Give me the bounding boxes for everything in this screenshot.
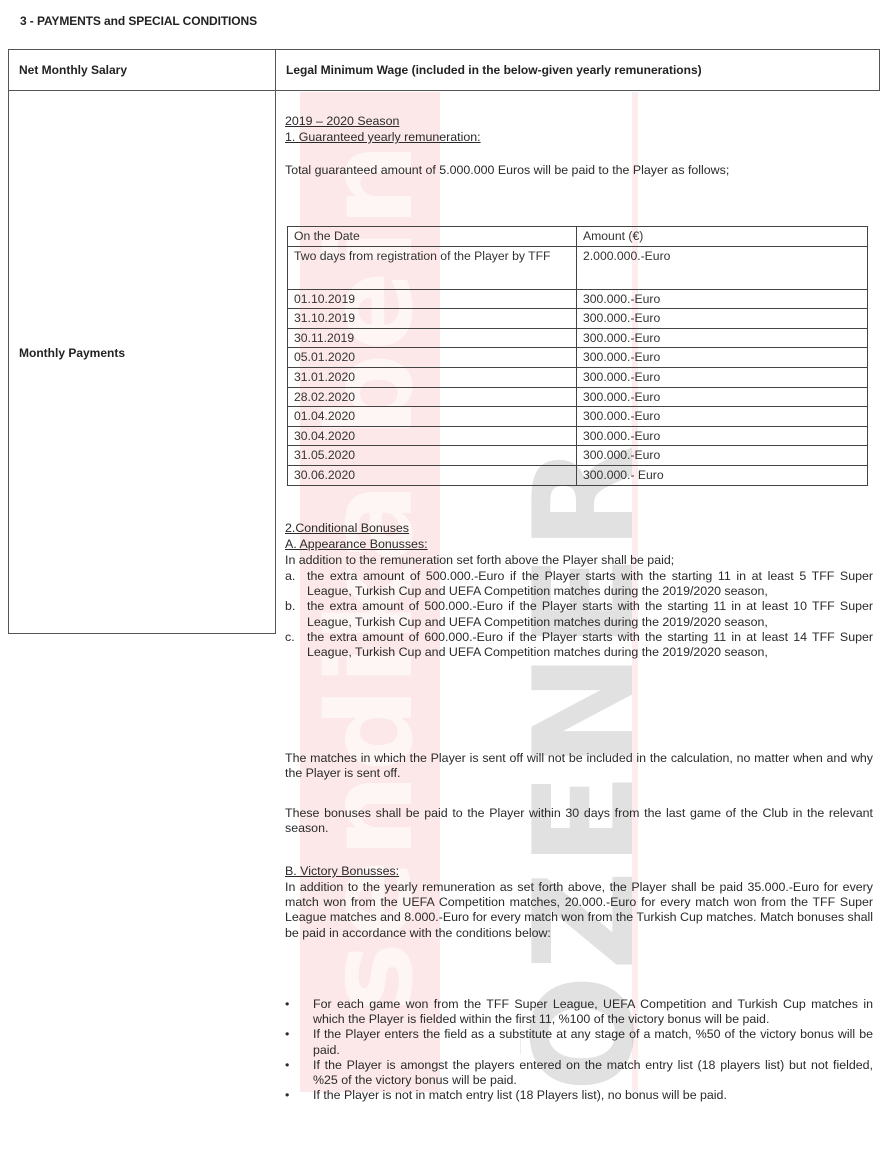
payment-row: 28.02.2020300.000.-Euro xyxy=(288,387,868,407)
header-date: On the Date xyxy=(288,227,577,247)
bullet-icon: • xyxy=(285,997,289,1012)
victory-bonus-bullet: •If the Player enters the field as a sub… xyxy=(285,1027,873,1057)
header-amount: Amount (€) xyxy=(577,227,868,247)
victory-bonus-bullet: •For each game won from the TFF Super Le… xyxy=(285,997,873,1027)
payment-schedule-table: On the Date Amount (€) Two days from reg… xyxy=(287,226,868,486)
payment-date: 01.04.2020 xyxy=(288,407,577,427)
appearance-bonus-item: b.the extra amount of 500.000.-Euro if t… xyxy=(285,599,873,629)
total-guaranteed-text: Total guaranteed amount of 5.000.000 Eur… xyxy=(285,163,873,178)
net-monthly-salary-value: Legal Minimum Wage (included in the belo… xyxy=(286,63,702,78)
payment-row: 30.11.2019300.000.-Euro xyxy=(288,328,868,348)
payment-amount: 300.000.-Euro xyxy=(577,426,868,446)
bullet-icon: • xyxy=(285,1088,289,1103)
payment-amount: 2.000.000.-Euro xyxy=(577,246,868,289)
net-monthly-salary-label-cell: Net Monthly Salary xyxy=(8,49,275,91)
payment-row: 30.06.2020300.000.- Euro xyxy=(288,465,868,485)
bullet-text: If the Player is amongst the players ent… xyxy=(313,1058,873,1087)
victory-bonus-list: •For each game won from the TFF Super Le… xyxy=(285,997,873,1103)
victory-bonus-bullet: •If the Player is not in match entry lis… xyxy=(285,1088,873,1103)
section-title: 3 - PAYMENTS and SPECIAL CONDITIONS xyxy=(20,14,257,29)
payment-amount: 300.000.- Euro xyxy=(577,465,868,485)
payment-date: 30.11.2019 xyxy=(288,328,577,348)
payment-timing-note: These bonuses shall be paid to the Playe… xyxy=(285,806,873,836)
payment-date: 31.05.2020 xyxy=(288,446,577,466)
victory-bonuses-heading: B. Victory Bonusses: xyxy=(285,864,873,879)
payment-row: 05.01.2020300.000.-Euro xyxy=(288,348,868,368)
payment-amount: 300.000.-Euro xyxy=(577,289,868,309)
bullet-text: If the Player is not in match entry list… xyxy=(313,1088,727,1102)
payment-date: 31.01.2020 xyxy=(288,367,577,387)
appearance-bonuses-heading: A. Appearance Bonusses: xyxy=(285,537,873,552)
appearance-bonus-item: a.the extra amount of 500.000.-Euro if t… xyxy=(285,569,873,599)
payment-amount: 300.000.-Euro xyxy=(577,309,868,329)
payment-date: 30.04.2020 xyxy=(288,426,577,446)
payment-amount: 300.000.-Euro xyxy=(577,407,868,427)
item-letter: a. xyxy=(285,569,295,584)
payment-row: Two days from registration of the Player… xyxy=(288,246,868,289)
payment-amount: 300.000.-Euro xyxy=(577,328,868,348)
bullet-icon: • xyxy=(285,1027,289,1042)
payment-date: Two days from registration of the Player… xyxy=(288,246,577,289)
payment-amount: 300.000.-Euro xyxy=(577,348,868,368)
payment-date: 31.10.2019 xyxy=(288,309,577,329)
bullet-text: For each game won from the TFF Super Lea… xyxy=(313,997,873,1026)
conditional-bonuses-heading: 2.Conditional Bonuses xyxy=(285,521,873,536)
payment-date: 01.10.2019 xyxy=(288,289,577,309)
net-monthly-salary-label: Net Monthly Salary xyxy=(19,63,127,78)
item-text: the extra amount of 500.000.-Euro if the… xyxy=(307,569,873,598)
monthly-payments-label-cell: Monthly Payments xyxy=(8,90,276,634)
appearance-bonus-list: a.the extra amount of 500.000.-Euro if t… xyxy=(285,569,873,660)
payment-amount: 300.000.-Euro xyxy=(577,387,868,407)
payment-row: 01.10.2019300.000.-Euro xyxy=(288,289,868,309)
payment-date: 28.02.2020 xyxy=(288,387,577,407)
victory-intro: In addition to the yearly remuneration a… xyxy=(285,880,873,941)
payment-row: 31.01.2020300.000.-Euro xyxy=(288,367,868,387)
bullet-text: If the Player enters the field as a subs… xyxy=(313,1027,873,1056)
payment-date: 30.06.2020 xyxy=(288,465,577,485)
item-letter: c. xyxy=(285,630,295,645)
item-text: the extra amount of 600.000.-Euro if the… xyxy=(307,630,873,659)
payment-amount: 300.000.-Euro xyxy=(577,446,868,466)
payment-row: 01.04.2020300.000.-Euro xyxy=(288,407,868,427)
payment-row: 31.10.2019300.000.-Euro xyxy=(288,309,868,329)
payment-table-header: On the Date Amount (€) xyxy=(288,227,868,247)
item-letter: b. xyxy=(285,599,295,614)
season-title: 2019 – 2020 Season xyxy=(285,114,873,129)
monthly-payments-label: Monthly Payments xyxy=(19,346,125,361)
guaranteed-heading: 1. Guaranteed yearly remuneration: xyxy=(285,130,873,145)
payment-row: 30.04.2020300.000.-Euro xyxy=(288,426,868,446)
payment-date: 05.01.2020 xyxy=(288,348,577,368)
payment-row: 31.05.2020300.000.-Euro xyxy=(288,446,868,466)
payment-amount: 300.000.-Euro xyxy=(577,367,868,387)
appearance-intro: In addition to the remuneration set fort… xyxy=(285,553,873,568)
sent-off-note: The matches in which the Player is sent … xyxy=(285,751,873,781)
item-text: the extra amount of 500.000.-Euro if the… xyxy=(307,599,873,628)
bullet-icon: • xyxy=(285,1058,289,1073)
appearance-bonus-item: c.the extra amount of 600.000.-Euro if t… xyxy=(285,630,873,660)
victory-bonus-bullet: •If the Player is amongst the players en… xyxy=(285,1058,873,1088)
net-monthly-salary-value-cell: Legal Minimum Wage (included in the belo… xyxy=(275,49,880,91)
